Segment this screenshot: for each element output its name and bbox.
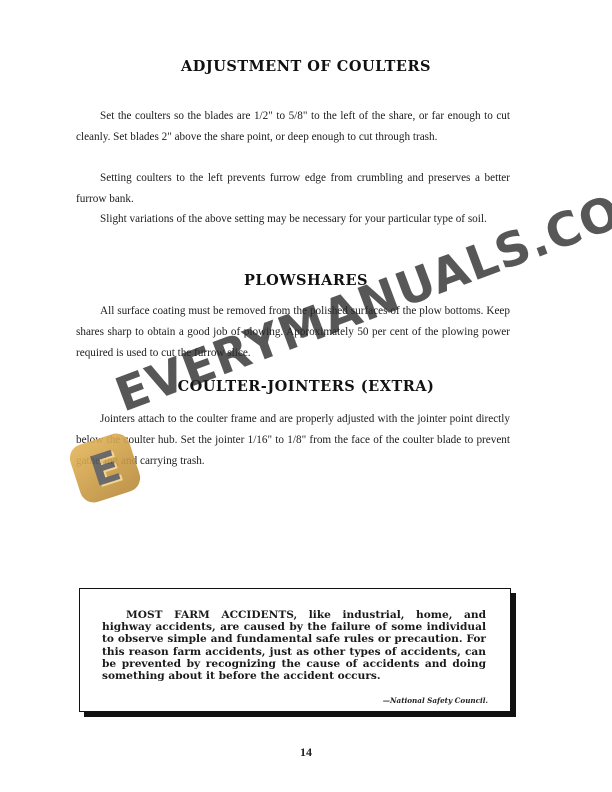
safety-notice-attribution: —National Safety Council. (383, 696, 488, 705)
paragraph-plowshares: All surface coating must be removed from… (76, 301, 510, 364)
paragraph-jointers: Jointers attach to the coulter frame and… (76, 409, 510, 472)
heading-adjustment-of-coulters: ADJUSTMENT OF COULTERS (0, 58, 612, 75)
heading-suffix: (EXTRA) (361, 378, 435, 395)
heading-coulter-jointers: COULTER-JOINTERS (EXTRA) (0, 378, 612, 395)
paragraph-soil-variation: Slight variations of the above setting m… (76, 209, 510, 230)
paragraph-coulter-left: Setting coulters to the left prevents fu… (76, 168, 510, 210)
safety-notice-box: MOST FARM ACCIDENTS, like industrial, ho… (79, 588, 511, 712)
paragraph-coulter-setting: Set the coulters so the blades are 1/2" … (76, 106, 510, 148)
page-number: 14 (0, 745, 612, 760)
safety-notice-text: MOST FARM ACCIDENTS, like industrial, ho… (102, 609, 486, 682)
heading-plowshares: PLOWSHARES (0, 272, 612, 289)
